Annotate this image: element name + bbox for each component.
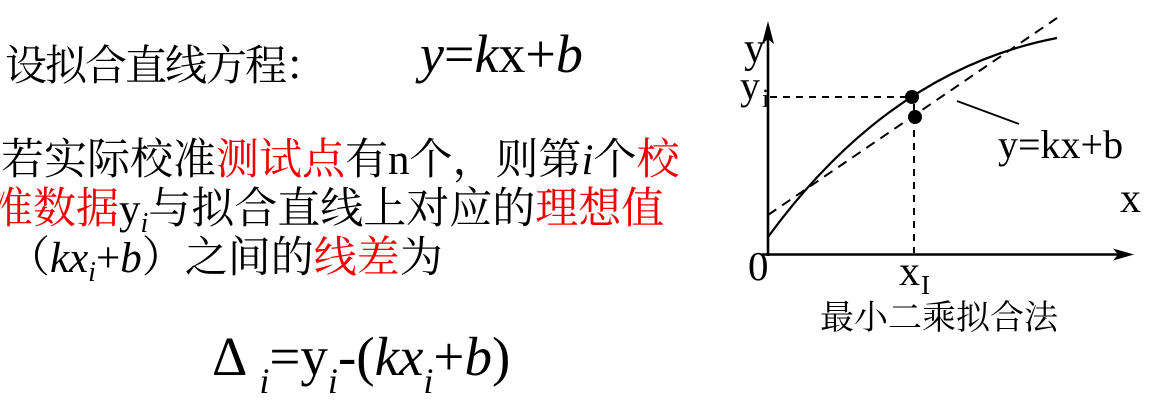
equation-term-x: x — [498, 24, 525, 84]
body-line-1: 若实际校准测试点有n个，则第i个校 — [1, 139, 679, 182]
index-variable-i: i — [582, 137, 594, 184]
variable-b: b — [120, 235, 142, 282]
graph-caption: 最小二乘拟合法 — [820, 302, 1058, 336]
highlighted-text-test-points: 测试点 — [216, 137, 345, 184]
deviation-formula: Δi=yi-(kxi+b) — [212, 329, 510, 399]
xi-label-base: x — [899, 249, 920, 295]
text-segment: 为 — [400, 235, 443, 282]
intro-label: 设拟合直线方程： — [5, 46, 325, 88]
equation-term-y: y — [420, 24, 444, 84]
fit-line-equation-label: y=kx+b — [998, 122, 1123, 167]
highlighted-text-calibration-start: 校 — [636, 137, 679, 184]
subscript-i: i — [88, 257, 96, 288]
text-segment: 若实际校准 — [1, 137, 216, 184]
close-paren: ) — [492, 326, 510, 387]
body-line-3: （kxi+b）之间的线差为 — [7, 237, 443, 287]
equation-plus-sign: + — [525, 24, 555, 84]
measured-point-dot — [905, 90, 919, 104]
equation-equals-sign: = — [444, 24, 474, 84]
highlighted-text-error: 线差 — [314, 235, 400, 282]
fitted-point-dot — [908, 110, 922, 124]
xi-label-subscript: I — [921, 270, 930, 300]
minus-open-paren: -( — [338, 326, 375, 387]
delta-symbol: Δ — [212, 326, 247, 387]
equation-term-b: b — [556, 24, 583, 84]
variable-y: y — [119, 186, 141, 233]
equation-term-k: k — [474, 24, 498, 84]
x-axis-label: x — [1120, 176, 1141, 222]
subscript-i: i — [259, 361, 269, 401]
subscript-i: i — [423, 361, 433, 401]
highlighted-text-ideal-value: 理想值 — [535, 186, 664, 233]
text-segment: 个 — [593, 137, 636, 184]
text-segment: 与拟合直线上对应的 — [148, 186, 535, 233]
variable-kx: kx — [375, 326, 424, 387]
subscript-i: i — [328, 361, 338, 401]
yi-label-subscript: i — [762, 84, 769, 113]
text-segment: 有n个，则第 — [345, 137, 582, 184]
variable-b: b — [464, 326, 492, 387]
origin-label: 0 — [748, 243, 769, 289]
text-segment: ）之间的 — [142, 235, 314, 282]
plus-sign: + — [433, 326, 464, 387]
variable-kx: kx — [50, 235, 88, 282]
yi-label-base: y — [740, 63, 760, 108]
intro-equation: y=kx+b — [420, 27, 583, 81]
equals-y: =y — [269, 326, 328, 387]
label-leader-line — [957, 101, 1019, 124]
slide-canvas: 设拟合直线方程： y=kx+b 若实际校准测试点有n个，则第i个校 准数据yi与… — [0, 0, 1161, 417]
highlighted-text-calibration-data: 准数据 — [0, 186, 119, 233]
plus-sign: + — [96, 235, 120, 282]
open-paren: （ — [7, 235, 50, 282]
body-line-2: 准数据yi与拟合直线上对应的理想值 — [0, 188, 664, 238]
least-squares-diagram: y y i 0 x x I y=kx+b — [720, 0, 1161, 300]
